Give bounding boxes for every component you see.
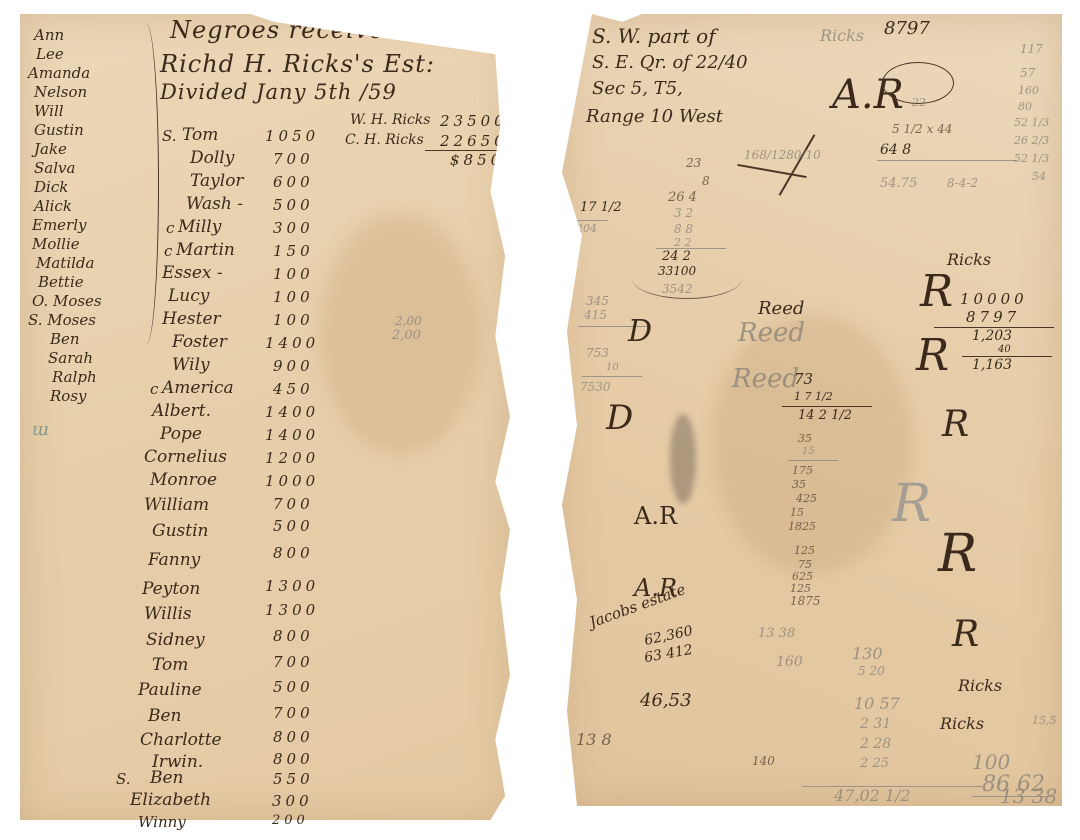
pencil-figure: 2 31 (860, 716, 891, 732)
ricks-signature: Ricks (947, 250, 991, 269)
entry-name: Pope (160, 424, 202, 444)
figure: 13 8 (576, 730, 612, 749)
entry-name: William (144, 495, 209, 515)
figure: 140 (752, 754, 775, 768)
entry-name: Lucy (168, 286, 209, 306)
total-label-ch-ricks: C. H. Ricks (345, 132, 424, 148)
difference: 1,203 (972, 328, 1012, 344)
pencil-figure: 26 2/3 (1014, 134, 1049, 147)
right-page: S. W. part of S. E. Qr. of 22/40 Sec 5, … (562, 14, 1062, 806)
margin-name: Mollie (32, 235, 80, 253)
entry-value: 1400 (265, 426, 319, 444)
entry-name: Milly (178, 217, 221, 237)
pencil-note: 2,00 (392, 328, 421, 343)
entry-name: Essex - (162, 263, 223, 283)
pencil-figure: 47,02 1/2 (834, 786, 911, 805)
faint-ricks-signature: Ricks (820, 26, 864, 45)
entry-value: 1200 (265, 449, 319, 467)
ink-smudge (670, 414, 696, 504)
pencil-figure: 415 (584, 308, 607, 322)
pencil-figure: 22 (912, 96, 926, 109)
entry-value: 300 (273, 219, 314, 237)
figure: 14 2 1/2 (798, 408, 852, 423)
figure: 23 (686, 156, 701, 170)
pencil-figure: 3 2 (674, 206, 693, 220)
ricks-signature: Ricks (958, 676, 1002, 695)
margin-name: Alick (34, 197, 72, 215)
pencil-figure: 15 (802, 446, 815, 457)
entry-value: 300 (272, 792, 313, 810)
faint-script-r-letter: R (892, 474, 931, 534)
entry-name: Gustin (152, 521, 208, 541)
figure: 125 (794, 544, 815, 557)
entry-value: 700 (273, 150, 314, 168)
figure: 1 7 1/2 (794, 390, 833, 403)
entry-value: 100 (273, 265, 314, 283)
pencil-figure: 130 (852, 644, 883, 663)
margin-name: Nelson (34, 83, 87, 101)
pencil-figure: 15,5 (1032, 714, 1057, 727)
pencil-loop (632, 258, 742, 299)
entry-name: Tom (152, 655, 188, 675)
pencil-figure: 160 (776, 654, 803, 670)
initial-d: D (606, 398, 633, 438)
pencil-rule (788, 460, 838, 461)
margin-name: Lee (36, 45, 64, 63)
margin-name: Ben (50, 330, 80, 348)
pencil-note: 2,00 (395, 314, 422, 328)
document-title-line-3: Divided Jany 5th /59 (160, 80, 397, 104)
margin-name: Rosy (50, 387, 87, 405)
pencil-rule (582, 376, 642, 377)
margin-name: S. Moses (28, 311, 96, 329)
pencil-mark: ɯ (32, 419, 49, 440)
margin-name: Matilda (36, 254, 94, 272)
subtrahend: 8797 (966, 308, 1020, 326)
entry-prefix: c (164, 242, 172, 260)
margin-name: Ralph (52, 368, 97, 386)
pencil-figure: 52 1/3 (1014, 116, 1049, 129)
reed-word: Reed (738, 318, 805, 348)
figure: 35 (792, 478, 806, 491)
total-difference: $850 (450, 151, 504, 169)
result: 1,163 (972, 357, 1012, 373)
entry-value: 700 (273, 495, 314, 513)
entry-value: 100 (273, 311, 314, 329)
entry-prefix: S. (162, 127, 177, 145)
margin-divider-line (128, 24, 159, 344)
entry-name: Wash - (186, 194, 243, 214)
total-value-wh-ricks: 23500 (440, 112, 508, 130)
margin-name: Jake (34, 140, 67, 158)
entry-value: 500 (273, 678, 314, 696)
entry-name: Pauline (138, 680, 202, 700)
pencil-figure: 54.75 (880, 176, 917, 191)
entry-name: Albert. (152, 401, 211, 421)
pencil-rule (572, 220, 608, 221)
pencil-rule (877, 160, 1017, 161)
entry-name: Willis (144, 604, 192, 624)
figure: 35 (798, 432, 812, 445)
entry-name: Elizabeth (130, 790, 211, 810)
entry-name: Dolly (190, 148, 234, 168)
figure: 73 (794, 370, 813, 388)
entry-name: Monroe (150, 470, 217, 490)
reed-word: Reed (732, 364, 799, 394)
figure: 15 (790, 506, 804, 519)
entry-value: 1300 (265, 577, 319, 595)
pencil-figure: 5 20 (858, 664, 885, 678)
figure: 1875 (790, 594, 821, 608)
entry-name: Winny (138, 813, 186, 831)
entry-name: Hester (162, 309, 221, 329)
margin-name: Bettie (38, 273, 84, 291)
figure: 175 (792, 464, 813, 477)
entry-value: 100 (273, 288, 314, 306)
entry-name: Cornelius (144, 447, 227, 467)
entry-name: America (162, 378, 234, 398)
monogram-ar-printed: A.R (634, 502, 677, 530)
figure: 8 (702, 174, 710, 188)
pencil-figure: 100 (972, 750, 1010, 774)
entry-value: 450 (273, 380, 314, 398)
entry-value: 550 (273, 770, 314, 788)
figure: 17 1/2 (580, 200, 622, 215)
entry-value: 700 (273, 704, 314, 722)
entry-value: 800 (273, 728, 314, 746)
entry-value: 1400 (265, 334, 319, 352)
margin-name: Emerly (32, 216, 87, 234)
entry-value: 800 (273, 627, 314, 645)
pencil-figure: 345 (586, 294, 609, 308)
entry-value: 200 (272, 813, 309, 828)
entry-value: 1400 (265, 403, 319, 421)
entry-value: 500 (273, 196, 314, 214)
entry-value: 1050 (265, 127, 319, 145)
script-r-letter: R (942, 404, 969, 445)
pencil-figure: 753 (586, 346, 609, 360)
entry-prefix: c (166, 219, 174, 237)
entry-name: Sidney (146, 630, 205, 650)
pencil-figure: 13 38 (1000, 784, 1057, 808)
entry-prefix: S. (116, 770, 131, 788)
entry-value: 800 (273, 750, 314, 768)
figure: 64 8 (880, 142, 911, 158)
margin-name: Sarah (48, 349, 93, 367)
pencil-figure: 10 (606, 362, 619, 373)
pencil-figure: 8 8 (674, 222, 693, 236)
pencil-figure: 7530 (580, 380, 611, 394)
top-number: 8797 (884, 18, 930, 39)
entry-value: 800 (273, 544, 314, 562)
entry-value: 150 (273, 242, 314, 260)
entry-name: Ben (150, 768, 184, 788)
entry-value: 700 (273, 653, 314, 671)
paper-stain (712, 314, 912, 574)
script-r-letter: R (952, 614, 979, 655)
margin-name: Dick (34, 178, 68, 196)
land-description-line-4: Range 10 West (586, 106, 723, 127)
left-page: Ann Lee Amanda Nelson Will Gustin Jake S… (20, 14, 510, 820)
land-description-line-2: S. E. Qr. of 22/40 (592, 52, 748, 73)
margin-name: Amanda (28, 64, 90, 82)
figure: 5 1/2 x 44 (892, 122, 952, 136)
pencil-figure: 80 (1018, 100, 1032, 113)
script-r-letter: R (920, 266, 953, 317)
pencil-figure: 8-4-2 (947, 176, 978, 190)
pencil-figure: 57 (1020, 66, 1035, 80)
total-value-ch-ricks: 22650 (440, 132, 508, 150)
pencil-figure: 2 28 (860, 736, 891, 752)
pencil-figure: 168/1280/10 (744, 148, 821, 162)
pencil-figure: 2 25 (860, 756, 889, 771)
land-description-line-3: Sec 5, T5, (592, 78, 683, 99)
land-description-line-1: S. W. part of (592, 24, 716, 48)
total-label-wh-ricks: W. H. Ricks (350, 112, 430, 128)
entry-name: Fanny (148, 550, 200, 570)
pencil-figure: 52 1/3 (1014, 152, 1049, 165)
margin-name: Will (34, 102, 64, 120)
entry-value: 1000 (265, 472, 319, 490)
entry-value: 500 (273, 517, 314, 535)
document-title-line-2: Richd H. Ricks's Est: (160, 50, 435, 78)
entry-name: Tom (182, 125, 218, 145)
deduction: 40 (998, 344, 1011, 355)
script-r-letter: R (916, 330, 949, 381)
margin-name: Ann (34, 26, 64, 44)
entry-name: Peyton (142, 579, 200, 599)
pencil-figure: 54 (1032, 170, 1046, 183)
rule (782, 406, 872, 407)
entry-name: Wily (172, 355, 210, 375)
ink-stroke (779, 134, 816, 196)
pencil-figure: 160 (1018, 84, 1039, 97)
pencil-figure: 117 (1020, 42, 1043, 56)
margin-name: Gustin (34, 121, 84, 139)
margin-name: Salva (34, 159, 75, 177)
pencil-figure: 204 (576, 222, 597, 235)
entry-name: Charlotte (140, 730, 222, 750)
entry-name: Ben (148, 706, 182, 726)
figure: 26 4 (668, 190, 697, 205)
initial-d: D (628, 314, 652, 349)
document-title-line-1: Negroes received (170, 16, 401, 44)
minuend: 10000 (960, 290, 1028, 308)
figure: 425 (796, 492, 817, 505)
entry-name: Martin (176, 240, 235, 260)
entry-value: 900 (273, 357, 314, 375)
entry-value: 1300 (265, 601, 319, 619)
entry-name: Foster (172, 332, 227, 352)
figure: 46,53 (640, 690, 692, 711)
pencil-figure: 10 57 (854, 694, 900, 713)
reed-word: Reed (758, 298, 804, 319)
entry-name: Taylor (190, 171, 244, 191)
entry-value: 600 (273, 173, 314, 191)
ricks-signature: Ricks (940, 714, 984, 733)
pencil-figure: 13 38 (758, 626, 795, 641)
script-r-letter: R (938, 524, 977, 584)
margin-name: O. Moses (32, 292, 102, 310)
figure: 1825 (788, 520, 816, 533)
entry-prefix: c (150, 380, 158, 398)
